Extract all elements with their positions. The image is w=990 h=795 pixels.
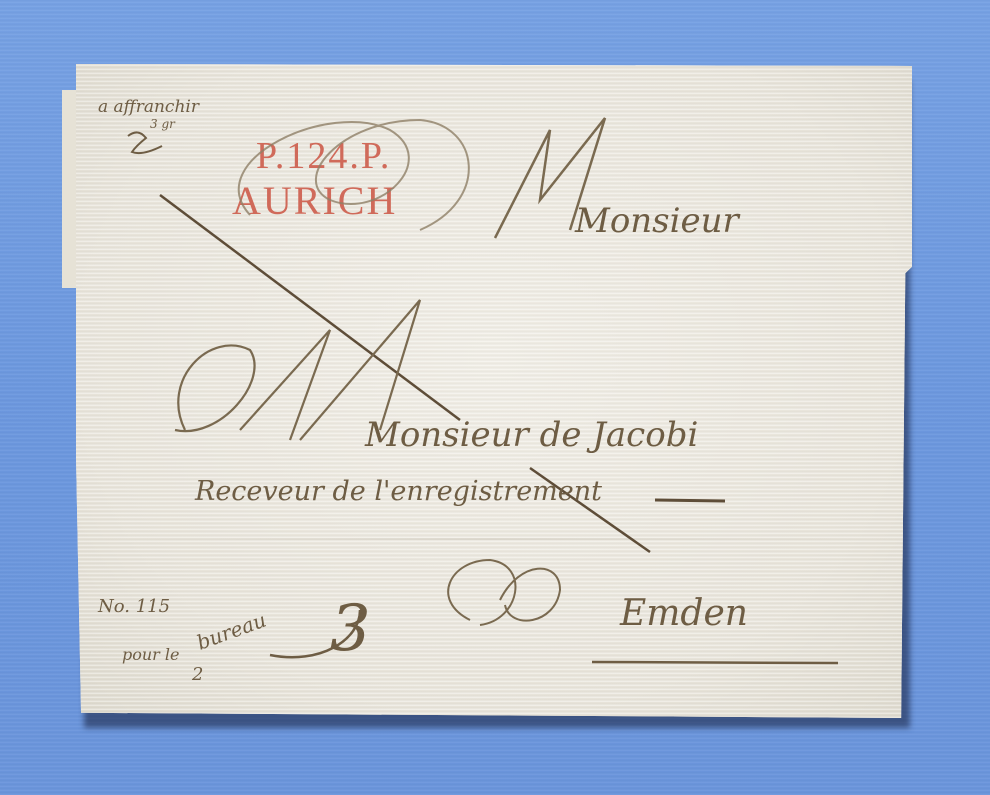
bureau-note: bureau <box>194 608 270 655</box>
addressee-title: Receveur de l'enregistrement <box>194 476 602 507</box>
destination-city: Emden <box>619 593 748 634</box>
franking-amount: 3 gr <box>150 117 176 131</box>
cover-markings: P.124.P. AURICH a affranchir 3 gr Monsie… <box>0 0 990 795</box>
postage-rate-mark: 3 <box>330 592 371 666</box>
number-note: No. 115 <box>97 596 170 617</box>
pour-note: pour le <box>122 645 180 664</box>
bureau-number: 2 <box>191 664 203 685</box>
postmark: P.124.P. AURICH <box>232 135 397 223</box>
salutation: Monsieur <box>574 201 741 241</box>
addressee-name: Monsieur de Jacobi <box>364 415 698 455</box>
franking-note: a affranchir <box>98 97 200 117</box>
